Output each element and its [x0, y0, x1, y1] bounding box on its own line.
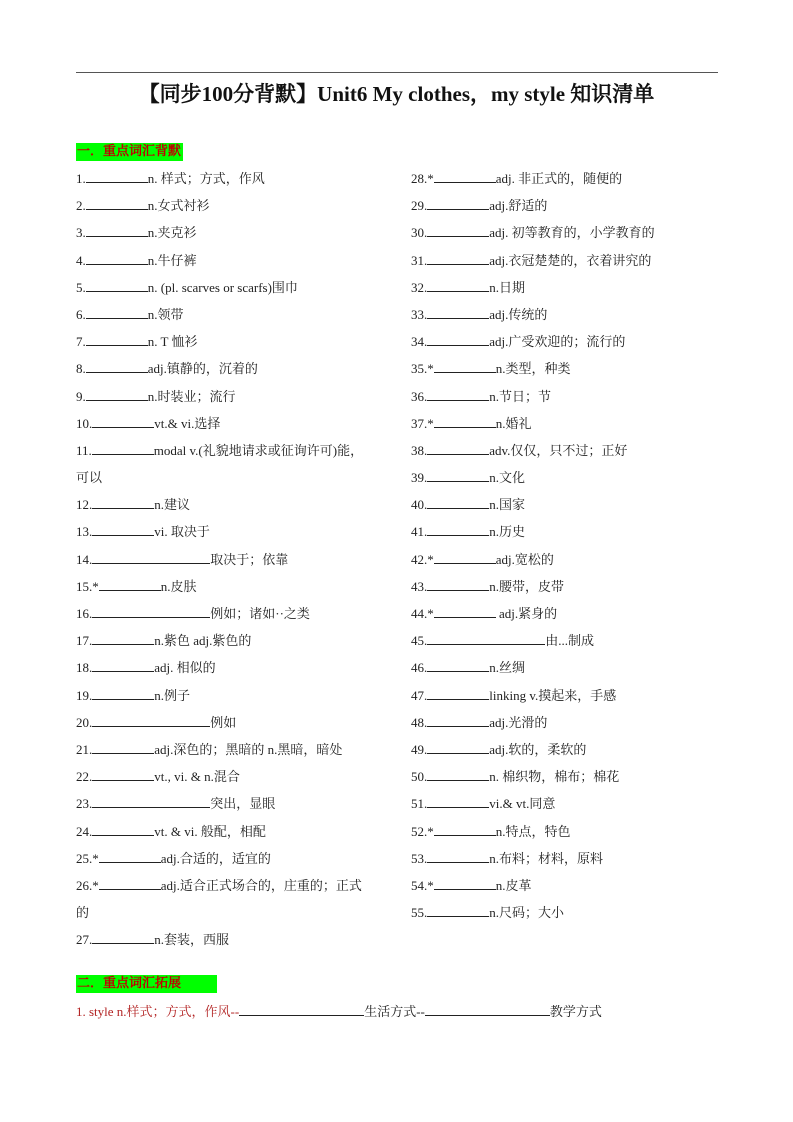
item-number: 16.: [76, 606, 92, 621]
vocab-item: 45.由...制成: [411, 630, 731, 657]
vocab-item: 10.vt.& vi.选择: [76, 413, 396, 440]
answer-blank[interactable]: [427, 495, 489, 509]
answer-blank[interactable]: [86, 223, 148, 237]
item-definition: adj.传统的: [489, 307, 547, 322]
item-definition: vt.& vi.选择: [154, 416, 220, 431]
answer-blank[interactable]: [86, 169, 148, 183]
answer-blank[interactable]: [434, 604, 496, 618]
answer-blank[interactable]: [427, 305, 489, 319]
item-definition: n. (pl. scarves or scarfs)围巾: [148, 280, 298, 295]
item-definition: 例如；诸如··之类: [210, 606, 310, 621]
item-definition: adj.镇静的，沉着的: [148, 361, 258, 376]
item-number: 42.*: [411, 552, 434, 567]
answer-blank[interactable]: [434, 414, 496, 428]
item-definition: adj. 非正式的，随便的: [496, 171, 622, 186]
item-number: 18.: [76, 660, 92, 675]
answer-blank[interactable]: [427, 631, 545, 645]
item-definition: linking v.摸起来，手感: [489, 688, 616, 703]
item-definition: vi. 取决于: [154, 524, 210, 539]
item-number: 49.: [411, 742, 427, 757]
vocab-item: 32.n.日期: [411, 277, 731, 304]
answer-blank[interactable]: [427, 713, 489, 727]
item-number: 31.: [411, 253, 427, 268]
vocab-item: 12.n.建议: [76, 494, 396, 521]
item-definition: n.类型，种类: [496, 361, 571, 376]
answer-blank[interactable]: [92, 767, 154, 781]
answer-blank[interactable]: [92, 794, 210, 808]
item-definition: vt., vi. & n.混合: [154, 769, 240, 784]
item-definition: n.夹克衫: [148, 225, 197, 240]
item-definition: adj.舒适的: [489, 198, 547, 213]
item-definition: vi.& vt.同意: [489, 796, 555, 811]
answer-blank[interactable]: [92, 686, 154, 700]
item-definition: n. T 恤衫: [148, 334, 198, 349]
item-definition: n.牛仔裤: [148, 253, 197, 268]
item-definition: n.皮肤: [161, 579, 197, 594]
vocab-item: 2.n.女式衬衫: [76, 195, 396, 222]
vocab-item: 54.*n.皮革: [411, 875, 731, 902]
vocab-item-continuation: 可以: [76, 467, 396, 494]
item-number: 4.: [76, 253, 86, 268]
vocab-item: 17.n.紫色 adj.紫色的: [76, 630, 396, 657]
extension-item-prefix: 1. style n.样式；方式，作风--: [76, 1004, 239, 1019]
vocab-item: 33.adj.传统的: [411, 304, 731, 331]
answer-blank[interactable]: [434, 822, 496, 836]
item-definition: n. 样式；方式，作风: [148, 171, 265, 186]
item-number: 46.: [411, 660, 427, 675]
vocab-item: 3.n.夹克衫: [76, 222, 396, 249]
vocab-item: 44.* adj.紧身的: [411, 603, 731, 630]
item-number: 37.*: [411, 416, 434, 431]
vocab-item: 31.adj.衣冠楚楚的，衣着讲究的: [411, 250, 731, 277]
vocab-item: 34.adj.广受欢迎的；流行的: [411, 331, 731, 358]
answer-blank[interactable]: [434, 550, 496, 564]
item-number: 3.: [76, 225, 86, 240]
item-number: 48.: [411, 715, 427, 730]
extension-item-1: 1. style n.样式；方式，作风--生活方式--教学方式: [76, 1001, 602, 1020]
answer-blank[interactable]: [92, 713, 210, 727]
answer-blank[interactable]: [427, 223, 489, 237]
item-number: 15.*: [76, 579, 99, 594]
answer-blank[interactable]: [427, 522, 489, 536]
vocab-item: 43.n.腰带，皮带: [411, 576, 731, 603]
vocab-column-right: 28.*adj. 非正式的，随便的29.adj.舒适的30.adj. 初等教育的…: [411, 168, 731, 929]
vocab-column-left: 1.n. 样式；方式，作风2.n.女式衬衫3.n.夹克衫4.n.牛仔裤5.n. …: [76, 168, 396, 956]
item-number: 25.*: [76, 851, 99, 866]
item-number: 17.: [76, 633, 92, 648]
answer-blank[interactable]: [427, 740, 489, 754]
vocab-item: 15.*n.皮肤: [76, 576, 396, 603]
vocab-item: 4.n.牛仔裤: [76, 250, 396, 277]
item-number: 24.: [76, 824, 92, 839]
answer-blank[interactable]: [86, 305, 148, 319]
item-number: 23.: [76, 796, 92, 811]
answer-blank[interactable]: [92, 414, 154, 428]
item-definition: n.时装业；流行: [148, 389, 236, 404]
item-number: 39.: [411, 470, 427, 485]
item-number: 38.: [411, 443, 427, 458]
answer-blank[interactable]: [427, 849, 489, 863]
vocab-item: 5.n. (pl. scarves or scarfs)围巾: [76, 277, 396, 304]
vocab-item: 11.modal v.(礼貌地请求或征询许可)能，: [76, 440, 396, 467]
vocab-item: 22.vt., vi. & n.混合: [76, 766, 396, 793]
item-definition: n.节日；节: [489, 389, 551, 404]
vocab-item: 30.adj. 初等教育的，小学教育的: [411, 222, 731, 249]
item-number: 11.: [76, 443, 92, 458]
item-number: 44.*: [411, 606, 434, 621]
answer-blank[interactable]: [92, 930, 154, 944]
answer-blank[interactable]: [86, 251, 148, 265]
item-definition: adj.紧身的: [496, 606, 557, 621]
answer-blank[interactable]: [92, 550, 210, 564]
item-number: 53.: [411, 851, 427, 866]
item-definition: n.紫色 adj.紫色的: [154, 633, 251, 648]
vocab-item-continuation: 的: [76, 902, 396, 929]
answer-blank[interactable]: [427, 577, 489, 591]
item-number: 43.: [411, 579, 427, 594]
section-heading-vocab-extension: 二．重点词汇拓展: [76, 975, 217, 993]
item-number: 36.: [411, 389, 427, 404]
item-number: 54.*: [411, 878, 434, 893]
item-definition: n.领带: [148, 307, 184, 322]
item-number: 50.: [411, 769, 427, 784]
answer-blank[interactable]: [427, 196, 489, 210]
answer-blank[interactable]: [86, 332, 148, 346]
vocab-item: 16.例如；诸如··之类: [76, 603, 396, 630]
answer-blank[interactable]: [427, 468, 489, 482]
vocab-item: 9.n.时装业；流行: [76, 386, 396, 413]
item-number: 35.*: [411, 361, 434, 376]
answer-blank[interactable]: [427, 278, 489, 292]
item-number: 19.: [76, 688, 92, 703]
vocab-item: 27.n.套装，西服: [76, 929, 396, 956]
answer-blank[interactable]: [427, 387, 489, 401]
item-definition: n.丝绸: [489, 660, 525, 675]
item-number: 51.: [411, 796, 427, 811]
vocab-item: 53.n.布料；材料，原料: [411, 848, 731, 875]
vocab-item: 37.*n.婚礼: [411, 413, 731, 440]
item-definition: n.套装，西服: [154, 932, 229, 947]
answer-blank[interactable]: [434, 169, 496, 183]
item-number: 14.: [76, 552, 92, 567]
item-number: 41.: [411, 524, 427, 539]
item-number: 34.: [411, 334, 427, 349]
item-definition: n.皮革: [496, 878, 532, 893]
item-definition: modal v.(礼貌地请求或征询许可)能，: [154, 443, 363, 458]
item-definition: n.建议: [154, 497, 190, 512]
answer-blank[interactable]: [99, 577, 161, 591]
item-definition: n.布料；材料，原料: [489, 851, 603, 866]
vocab-item: 41.n.历史: [411, 521, 731, 548]
item-definition: n.文化: [489, 470, 525, 485]
item-definition: 由...制成: [545, 633, 594, 648]
item-definition: vt. & vi. 般配，相配: [154, 824, 266, 839]
item-number: 6.: [76, 307, 86, 322]
vocab-item: 48.adj.光滑的: [411, 712, 731, 739]
item-definition: n.例子: [154, 688, 190, 703]
answer-blank[interactable]: [92, 441, 154, 455]
item-number: 5.: [76, 280, 86, 295]
vocab-item: 36.n.节日；节: [411, 386, 731, 413]
item-number: 2.: [76, 198, 86, 213]
vocab-item: 38.adv.仅仅，只不过；正好: [411, 440, 731, 467]
vocab-item: 28.*adj. 非正式的，随便的: [411, 168, 731, 195]
item-number: 47.: [411, 688, 427, 703]
item-definition: adj.软的，柔软的: [489, 742, 586, 757]
extension-item-mid: 生活方式--: [364, 1004, 425, 1019]
answer-blank[interactable]: [86, 278, 148, 292]
answer-blank[interactable]: [92, 522, 154, 536]
item-number: 45.: [411, 633, 427, 648]
item-number: 27.: [76, 932, 92, 947]
vocab-item: 25.*adj.合适的，适宜的: [76, 848, 396, 875]
item-definition: adj.广受欢迎的；流行的: [489, 334, 625, 349]
answer-blank[interactable]: [92, 658, 154, 672]
vocab-item: 55.n.尺码；大小: [411, 902, 731, 929]
answer-blank[interactable]: [427, 658, 489, 672]
item-definition: adj.光滑的: [489, 715, 547, 730]
item-number: 40.: [411, 497, 427, 512]
item-definition: adj.宽松的: [496, 552, 554, 567]
answer-blank[interactable]: [99, 876, 161, 890]
item-definition: 取决于；依靠: [210, 552, 288, 567]
item-number: 30.: [411, 225, 427, 240]
vocab-item: 35.*n.类型，种类: [411, 358, 731, 385]
answer-blank[interactable]: [427, 251, 489, 265]
item-number: 33.: [411, 307, 427, 322]
answer-blank[interactable]: [92, 822, 154, 836]
vocab-item: 42.*adj.宽松的: [411, 549, 731, 576]
vocab-item: 6.n.领带: [76, 304, 396, 331]
item-definition: n.女式衬衫: [148, 198, 210, 213]
vocab-item: 1.n. 样式；方式，作风: [76, 168, 396, 195]
vocab-item: 51.vi.& vt.同意: [411, 793, 731, 820]
item-number: 52.*: [411, 824, 434, 839]
item-definition: 突出，显眼: [210, 796, 275, 811]
vocab-item: 8.adj.镇静的，沉着的: [76, 358, 396, 385]
answer-blank[interactable]: [427, 903, 489, 917]
item-definition: adj.适合正式场合的，庄重的；正式: [161, 878, 362, 893]
extension-item-suffix: 教学方式: [550, 1004, 602, 1019]
header-rule: [76, 72, 718, 73]
item-number: 9.: [76, 389, 86, 404]
item-number: 12.: [76, 497, 92, 512]
vocab-item: 47.linking v.摸起来，手感: [411, 685, 731, 712]
vocab-item: 13.vi. 取决于: [76, 521, 396, 548]
item-number: 55.: [411, 905, 427, 920]
item-definition: adj.深色的；黑暗的 n.黑暗，暗处: [154, 742, 342, 757]
item-number: 7.: [76, 334, 86, 349]
answer-blank[interactable]: [434, 359, 496, 373]
vocab-item: 20.例如: [76, 712, 396, 739]
answer-blank[interactable]: [86, 196, 148, 210]
answer-blank[interactable]: [434, 876, 496, 890]
item-definition: n.腰带，皮带: [489, 579, 564, 594]
item-number: 1.: [76, 171, 86, 186]
item-definition: 例如: [210, 715, 236, 730]
answer-blank[interactable]: [92, 495, 154, 509]
vocab-item: 14.取决于；依靠: [76, 549, 396, 576]
answer-blank-lifestyle[interactable]: [239, 1002, 364, 1016]
item-definition: adj.衣冠楚楚的，衣着讲究的: [489, 253, 651, 268]
section-heading-vocab-recall: 一．重点词汇背默: [76, 143, 183, 161]
item-number: 32.: [411, 280, 427, 295]
answer-blank[interactable]: [86, 359, 148, 373]
answer-blank[interactable]: [86, 387, 148, 401]
item-number: 21.: [76, 742, 92, 757]
answer-blank[interactable]: [92, 740, 154, 754]
item-number: 26.*: [76, 878, 99, 893]
item-definition: n.日期: [489, 280, 525, 295]
item-number: 28.*: [411, 171, 434, 186]
vocab-item: 23.突出，显眼: [76, 793, 396, 820]
item-definition: n. 棉织物，棉布；棉花: [489, 769, 619, 784]
item-number: 8.: [76, 361, 86, 376]
answer-blank[interactable]: [427, 767, 489, 781]
item-definition: n.婚礼: [496, 416, 532, 431]
vocab-item: 46.n.丝绸: [411, 657, 731, 684]
item-definition: n.国家: [489, 497, 525, 512]
answer-blank[interactable]: [92, 631, 154, 645]
item-definition: adj. 初等教育的，小学教育的: [489, 225, 654, 240]
vocab-item: 49.adj.软的，柔软的: [411, 739, 731, 766]
item-definition: adj.合适的，适宜的: [161, 851, 271, 866]
answer-blank[interactable]: [427, 332, 489, 346]
item-definition: adj. 相似的: [154, 660, 215, 675]
vocab-item: 21.adj.深色的；黑暗的 n.黑暗，暗处: [76, 739, 396, 766]
vocab-item: 26.*adj.适合正式场合的，庄重的；正式: [76, 875, 396, 902]
answer-blank-teaching-style[interactable]: [425, 1002, 550, 1016]
vocab-item: 29.adj.舒适的: [411, 195, 731, 222]
answer-blank[interactable]: [427, 441, 489, 455]
vocab-item: 19.n.例子: [76, 685, 396, 712]
item-definition: n.特点，特色: [496, 824, 571, 839]
item-number: 29.: [411, 198, 427, 213]
answer-blank[interactable]: [427, 686, 489, 700]
item-number: 22.: [76, 769, 92, 784]
vocab-item: 18.adj. 相似的: [76, 657, 396, 684]
vocab-item: 7.n. T 恤衫: [76, 331, 396, 358]
item-number: 20.: [76, 715, 92, 730]
item-number: 13.: [76, 524, 92, 539]
item-definition: n.历史: [489, 524, 525, 539]
vocab-item: 24.vt. & vi. 般配，相配: [76, 821, 396, 848]
item-definition: adv.仅仅，只不过；正好: [489, 443, 627, 458]
vocab-item: 52.*n.特点，特色: [411, 821, 731, 848]
answer-blank[interactable]: [427, 794, 489, 808]
item-definition: n.尺码；大小: [489, 905, 564, 920]
answer-blank[interactable]: [92, 604, 210, 618]
answer-blank[interactable]: [99, 849, 161, 863]
vocab-item: 50.n. 棉织物，棉布；棉花: [411, 766, 731, 793]
item-number: 10.: [76, 416, 92, 431]
vocab-item: 40.n.国家: [411, 494, 731, 521]
vocab-item: 39.n.文化: [411, 467, 731, 494]
page-title: 【同步100分背默】Unit6 My clothes，my style 知识清单: [0, 78, 793, 108]
